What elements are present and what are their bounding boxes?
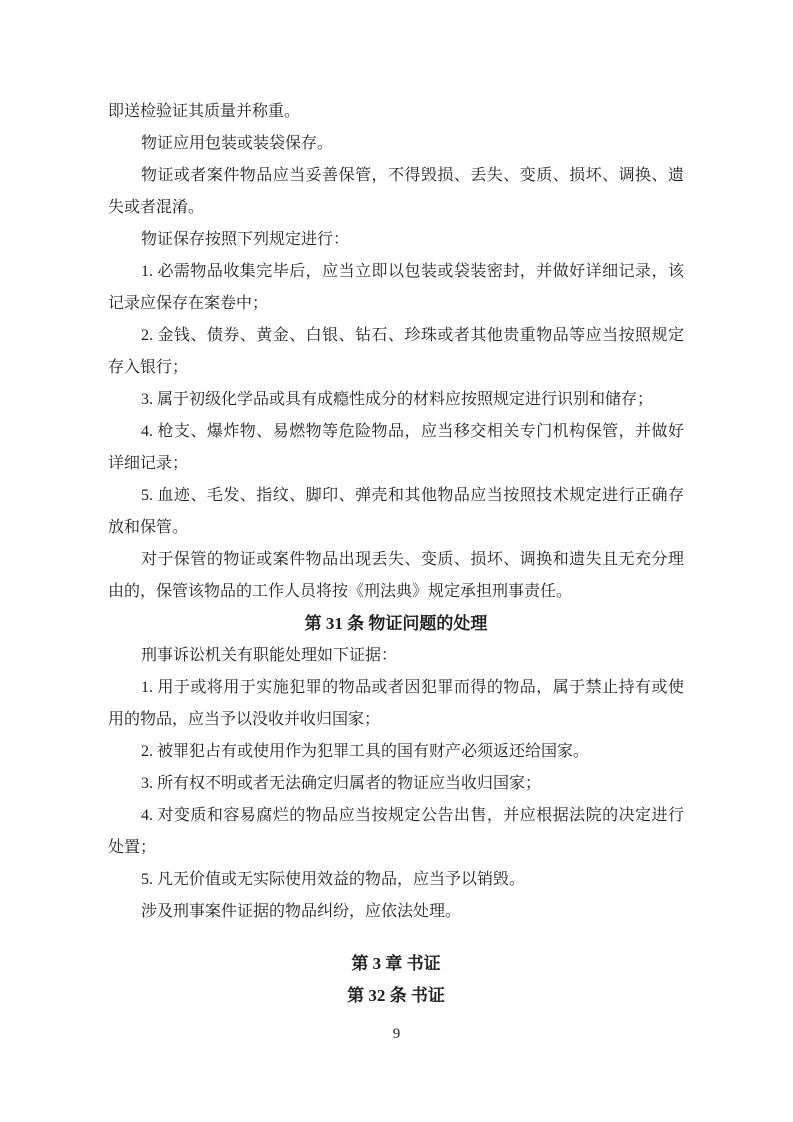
body-text-line: 用的物品，应当予以没收并收归国家；: [108, 704, 684, 736]
page-number: 9: [0, 1026, 793, 1043]
numbered-item-line: 1. 用于或将用于实施犯罪的物品或者因犯罪而得的物品，属于禁止持有或使: [108, 672, 684, 704]
numbered-item-line: 2. 金钱、债券、黄金、白银、钻石、珍珠或者其他贵重物品等应当按照规定: [108, 320, 684, 352]
body-text-line: 详细记录；: [108, 448, 684, 480]
body-text-line: 物证或者案件物品应当妥善保管，不得毁损、丢失、变质、损坏、调换、遗: [108, 160, 684, 192]
chapter-3-heading: 第 3 章 书证: [108, 948, 684, 980]
body-text-line: 处置；: [108, 832, 684, 864]
numbered-item-line: 4. 对变质和容易腐烂的物品应当按规定公告出售，并应根据法院的决定进行: [108, 800, 684, 832]
body-text-line: 涉及刑事案件证据的物品纠纷，应依法处理。: [108, 896, 684, 928]
numbered-item-line: 5. 血迹、毛发、指纹、脚印、弹壳和其他物品应当按照技术规定进行正确存: [108, 480, 684, 512]
body-text-line: 对于保管的物证或案件物品出现丢失、变质、损坏、调换和遗失且无充分理: [108, 544, 684, 576]
body-text-line: 失或者混淆。: [108, 192, 684, 224]
numbered-item-line: 5. 凡无价值或无实际使用效益的物品，应当予以销毁。: [108, 864, 684, 896]
body-text-line: 物证保存按照下列规定进行：: [108, 224, 684, 256]
body-text-line: 存入银行；: [108, 352, 684, 384]
body-text-line: 放和保管。: [108, 512, 684, 544]
document-body: 即送检验证其质量并称重。 物证应用包装或装袋保存。 物证或者案件物品应当妥善保管…: [108, 96, 684, 1012]
numbered-item-line: 4. 枪支、爆炸物、易燃物等危险物品，应当移交相关专门机构保管，并做好: [108, 416, 684, 448]
body-text-line: 刑事诉讼机关有职能处理如下证据：: [108, 640, 684, 672]
article-31-heading: 第 31 条 物证问题的处理: [108, 608, 684, 640]
paragraph-spacer: [108, 928, 684, 948]
body-text-line: 记录应保存在案卷中；: [108, 288, 684, 320]
numbered-item-line: 3. 属于初级化学品或具有成瘾性成分的材料应按照规定进行识别和储存；: [108, 384, 684, 416]
body-text-line: 物证应用包装或装袋保存。: [108, 128, 684, 160]
document-page: 即送检验证其质量并称重。 物证应用包装或装袋保存。 物证或者案件物品应当妥善保管…: [0, 0, 793, 1122]
article-32-heading: 第 32 条 书证: [108, 980, 684, 1012]
numbered-item-line: 3. 所有权不明或者无法确定归属者的物证应当收归国家；: [108, 768, 684, 800]
body-text-line: 由的，保管该物品的工作人员将按《刑法典》规定承担刑事责任。: [108, 576, 684, 608]
body-text-line: 即送检验证其质量并称重。: [108, 96, 684, 128]
numbered-item-line: 1. 必需物品收集完毕后，应当立即以包装或袋装密封，并做好详细记录，该: [108, 256, 684, 288]
numbered-item-line: 2. 被罪犯占有或使用作为犯罪工具的国有财产必须返还给国家。: [108, 736, 684, 768]
